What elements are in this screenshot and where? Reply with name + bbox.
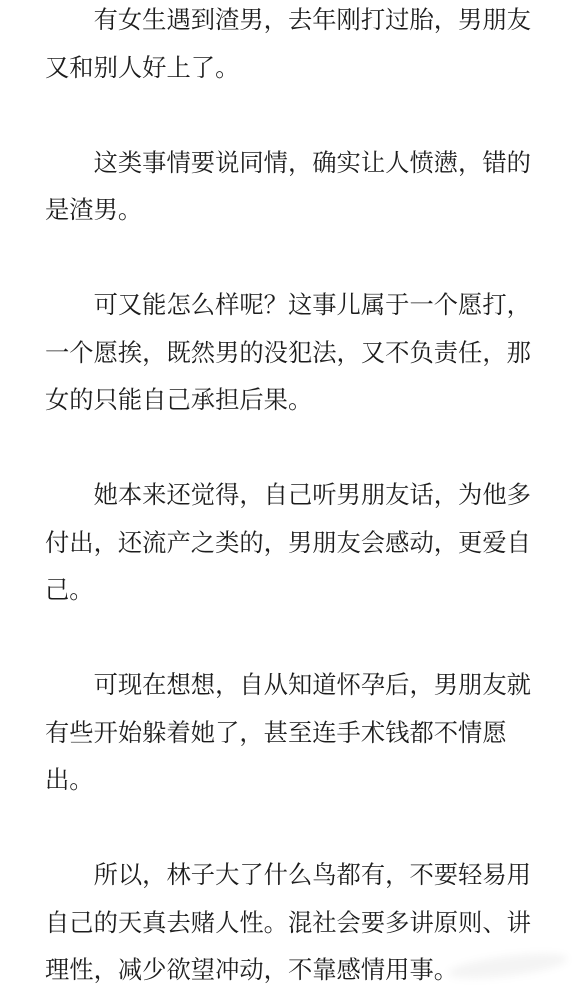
article-body: 有女生遇到渣男，去年刚打过胎，男朋友又和别人好上了。 这类事情要说同情，确实让人… <box>0 0 580 988</box>
article-paragraph-1: 有女生遇到渣男，去年刚打过胎，男朋友又和别人好上了。 <box>45 0 536 91</box>
article-paragraph-4: 她本来还觉得，自己听男朋友话，为他多付出，还流产之类的，男朋友会感动，更爱自己。 <box>45 471 536 614</box>
article-paragraph-3: 可又能怎么样呢？这事儿属于一个愿打，一个愿挨，既然男的没犯法，又不负责任，那女的… <box>45 281 536 424</box>
article-paragraph-5: 可现在想想，自从知道怀孕后，男朋友就有些开始躲着她了，甚至连手术钱都不情愿出。 <box>45 661 536 804</box>
article-paragraph-6: 所以，林子大了什么鸟都有，不要轻易用自己的天真去赌人性。混社会要多讲原则、讲理性… <box>45 851 536 988</box>
article-paragraph-2: 这类事情要说同情，确实让人愤懑，错的是渣男。 <box>45 139 536 234</box>
screenshot-page: { "page": { "background_color": "#ffffff… <box>0 0 580 988</box>
